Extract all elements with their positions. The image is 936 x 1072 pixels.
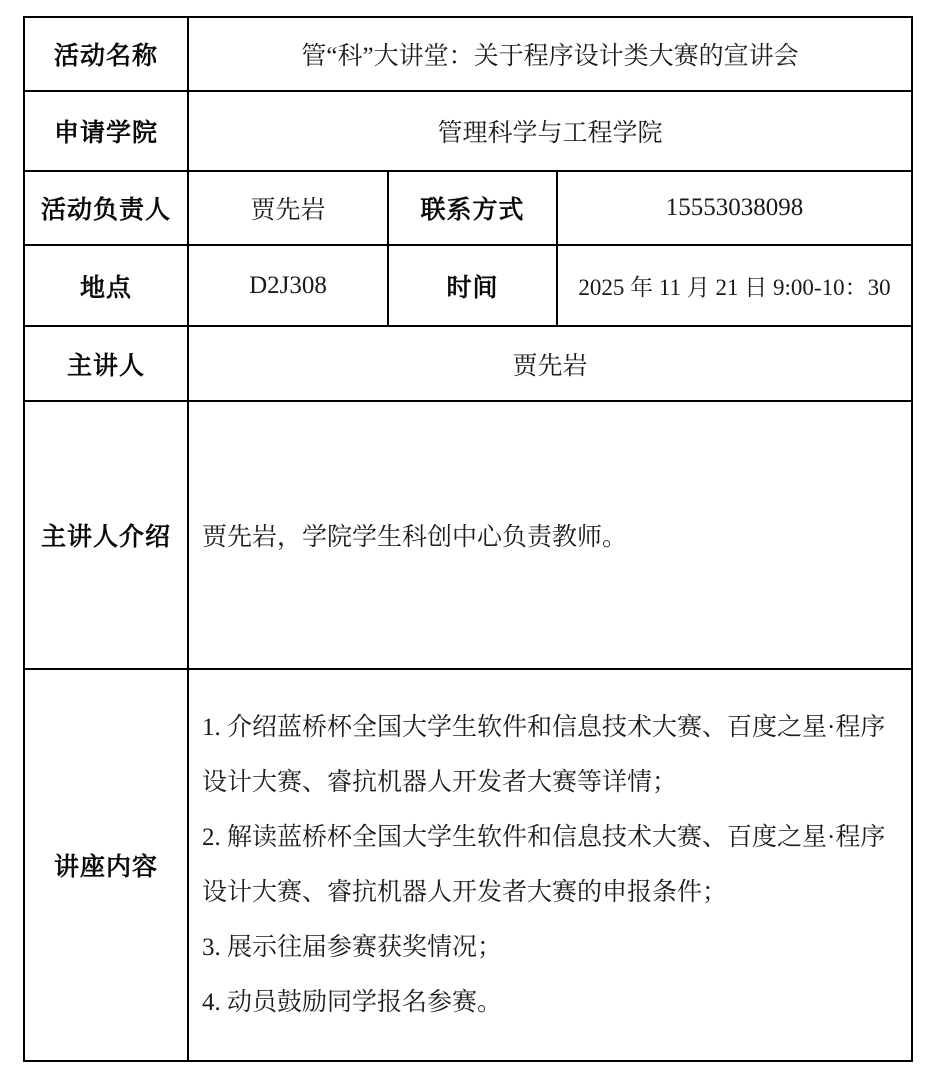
applying-college-value: 管理科学与工程学院 [189,92,911,172]
lecture-content-item-2: 2. 解读蓝桥杯全国大学生软件和信息技术大赛、百度之星·程序设计大赛、睿抗机器人… [202,810,903,920]
event-application-table: 活动名称 管“科”大讲堂：关于程序设计类大赛的宣讲会 申请学院 管理科学与工程学… [23,16,913,1062]
speaker-intro-value: 贾先岩，学院学生科创中心负责教师。 [189,402,911,670]
lecture-content-value: 1. 介绍蓝桥杯全国大学生软件和信息技术大赛、百度之星·程序设计大赛、睿抗机器人… [189,670,911,1060]
lecture-content-item-1: 1. 介绍蓝桥杯全国大学生软件和信息技术大赛、百度之星·程序设计大赛、睿抗机器人… [202,700,903,810]
contact-label: 联系方式 [389,172,558,246]
speaker-value: 贾先岩 [189,327,911,402]
time-value: 2025 年 11 月 21 日 9:00-10：30 [558,246,911,327]
lecture-content-item-3: 3. 展示往届参赛获奖情况； [202,920,502,975]
leader-value: 贾先岩 [189,172,389,246]
location-label: 地点 [25,246,189,327]
time-label: 时间 [389,246,558,327]
lecture-content-label: 讲座内容 [25,670,189,1060]
lecture-content-item-4: 4. 动员鼓励同学报名参赛。 [202,975,502,1030]
applying-college-label: 申请学院 [25,92,189,172]
activity-name-label: 活动名称 [25,18,189,92]
speaker-label: 主讲人 [25,327,189,402]
activity-name-value: 管“科”大讲堂：关于程序设计类大赛的宣讲会 [189,18,911,92]
location-value: D2J308 [189,246,389,327]
contact-value: 15553038098 [558,172,911,246]
document-page: 活动名称 管“科”大讲堂：关于程序设计类大赛的宣讲会 申请学院 管理科学与工程学… [0,0,936,1072]
leader-label: 活动负责人 [25,172,189,246]
speaker-intro-label: 主讲人介绍 [25,402,189,670]
